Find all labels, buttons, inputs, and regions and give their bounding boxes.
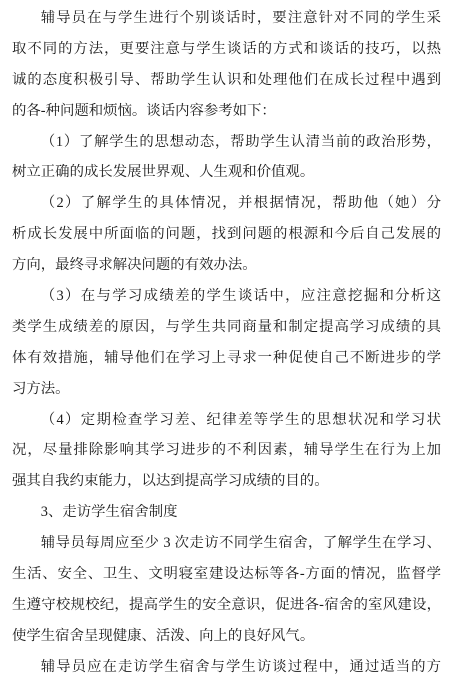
text-line: 强其自我约束能力，以达到提高学习成绩的目的。 bbox=[12, 466, 441, 497]
section-heading: 3、走访学生宿舍制度 bbox=[12, 497, 441, 528]
text-line: （1）了解学生的思想动态，帮助学生认清当前的政治形势， bbox=[12, 127, 441, 158]
text-line: 辅导员应在走访学生宿舍与学生访谈过程中，通过适当的方 bbox=[12, 652, 441, 683]
paragraph-intro: 辅导员在与学生进行个别谈话时，要注意针对不同的学生采 取不同的方法，更要注意与学… bbox=[12, 3, 441, 127]
text-line: 类学生成绩差的原因，与学生共同商量和制定提高学习成绩的具 bbox=[12, 312, 441, 343]
text-line: 习方法。 bbox=[12, 374, 441, 405]
paragraph-item-4: （4）定期检查学习差、纪律差等学生的思想状况和学习状 况，尽量排除影响其学习进步… bbox=[12, 405, 441, 498]
paragraph-item-2: （2）了解学生的具体情况，并根据情况，帮助他（她）分 析成长发展中所面临的问题，… bbox=[12, 188, 441, 281]
text-line: （3）在与学习成绩差的学生谈话中，应注意挖掘和分析这 bbox=[12, 281, 441, 312]
text-line: 生活、安全、卫生、文明寝室建设达标等各-方面的情况，监督学 bbox=[12, 559, 441, 590]
text-line: 辅导员在与学生进行个别谈话时，要注意针对不同的学生采 bbox=[12, 3, 441, 34]
text-line: 况，尽量排除影响其学习进步的不利因素，辅导学生在行为上加 bbox=[12, 435, 441, 466]
paragraph-item-3: （3）在与学习成绩差的学生谈话中，应注意挖掘和分析这 类学生成绩差的原因，与学生… bbox=[12, 281, 441, 405]
text-line: 取不同的方法，更要注意与学生谈话的方式和谈话的技巧，以热 bbox=[12, 34, 441, 65]
text-line: 3、走访学生宿舍制度 bbox=[12, 497, 441, 528]
text-line: 诚的态度积极引导、帮助学生认识和处理他们在成长过程中遇到 bbox=[12, 65, 441, 96]
text-line: （2）了解学生的具体情况，并根据情况，帮助他（她）分 bbox=[12, 188, 441, 219]
text-line: 树立正确的成长发展世界观、人生观和价值观。 bbox=[12, 157, 441, 188]
paragraph-dorm-visits: 辅导员每周应至少 3 次走访不同学生宿舍，了解学生在学习、 生活、安全、卫生、文… bbox=[12, 528, 441, 652]
text-line: 的各-种问题和烦恼。谈话内容参考如下： bbox=[12, 96, 441, 127]
paragraph-item-1: （1）了解学生的思想动态，帮助学生认清当前的政治形势， 树立正确的成长发展世界观… bbox=[12, 127, 441, 189]
text-line: 辅导员每周应至少 3 次走访不同学生宿舍，了解学生在学习、 bbox=[12, 528, 441, 559]
document-page: 辅导员在与学生进行个别谈话时，要注意针对不同的学生采 取不同的方法，更要注意与学… bbox=[0, 0, 450, 684]
text-line: 生遵守校规校纪，提高学生的安全意识，促进各-宿舍的室风建设， bbox=[12, 590, 441, 621]
text-line: 析成长发展中所面临的问题，找到问题的根源和今后自己发展的 bbox=[12, 219, 441, 250]
text-line: 体有效措施，辅导他们在学习上寻求一种促使自己不断进步的学 bbox=[12, 343, 441, 374]
paragraph-continued: 辅导员应在走访学生宿舍与学生访谈过程中，通过适当的方 bbox=[12, 652, 441, 683]
text-line: 方向，最终寻求解决问题的有效办法。 bbox=[12, 250, 441, 281]
text-line: 使学生宿舍呈现健康、活泼、向上的良好风气。 bbox=[12, 621, 441, 652]
text-line: （4）定期检查学习差、纪律差等学生的思想状况和学习状 bbox=[12, 405, 441, 436]
